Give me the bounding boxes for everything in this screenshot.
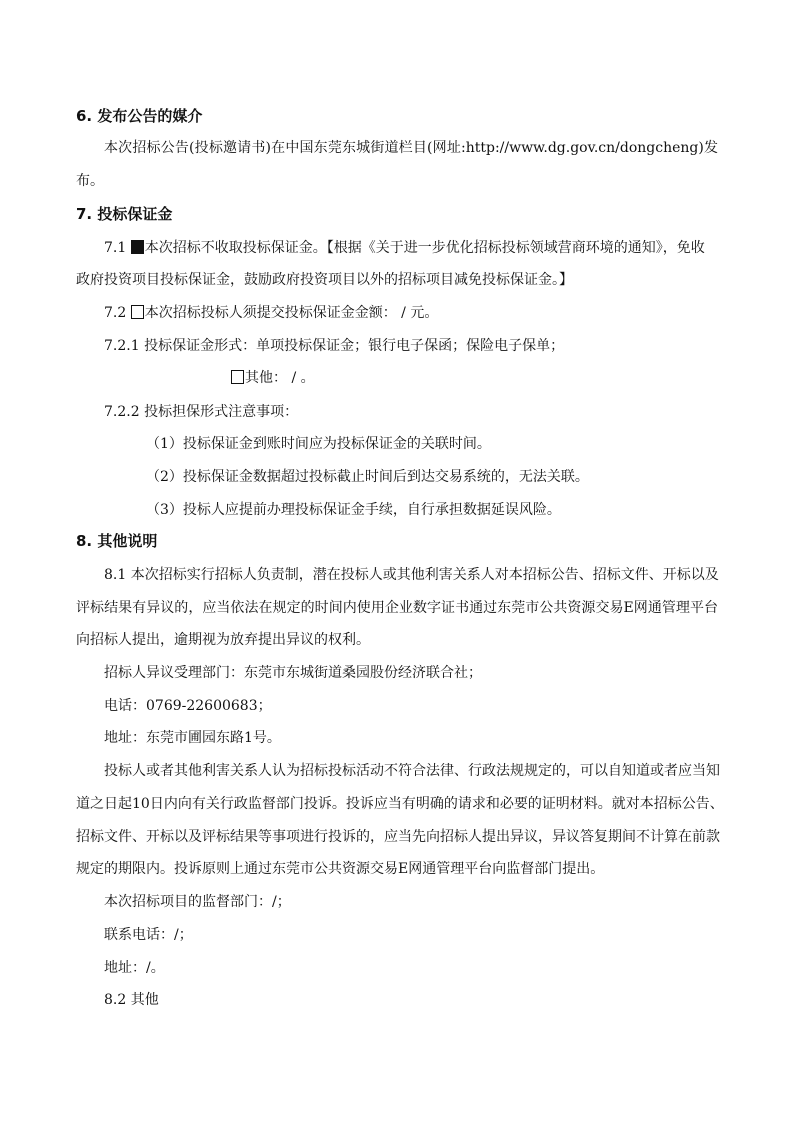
item-8-1-text-2: 评标结果有异议的，应当依法在规定的时间内使用企业数字证书通过东莞市公共资源交易E…: [76, 600, 718, 616]
section-7-heading: 7. 投标保证金: [76, 206, 172, 222]
objection-address: 地址：东莞市圃园东路1号。: [104, 730, 281, 746]
supervisor-address: 地址：/。: [104, 960, 165, 976]
section-6-heading: 6. 发布公告的媒介: [76, 108, 202, 124]
item-8-1-line-3: 向招标人提出，逾期视为放弃提出异议的权利。: [76, 632, 370, 648]
note-3: （3）投标人应提前办理投标保证金手续，自行承担数据延误风险。: [146, 502, 561, 518]
item-7-2-number: 7.2: [104, 305, 126, 321]
other-text: 其他： / 。: [245, 370, 315, 386]
section-6-text-1: 本次招标公告(投标邀请书)在中国东莞东城街道栏目(网址:http://www.d…: [104, 140, 718, 156]
complaint-line-2: 道之日起10日内向有关行政监督部门投诉。投诉应当有明确的请求和必要的证明材料。就…: [76, 796, 718, 812]
section-6-paragraph-line-2: 布。: [76, 173, 104, 189]
section-6-paragraph-line-1: 本次招标公告(投标邀请书)在中国东莞东城街道栏目(网址:http://www.d…: [104, 140, 718, 156]
item-8-1-line-2: 评标结果有异议的，应当依法在规定的时间内使用企业数字证书通过东莞市公共资源交易E…: [76, 600, 718, 616]
item-7-2-2-title: 7.2.2 投标担保形式注意事项：: [104, 404, 298, 420]
supervisor-department: 本次招标项目的监督部门：/；: [104, 894, 291, 910]
item-7-2-checkbox[interactable]: [131, 305, 144, 319]
objection-department: 招标人异议受理部门：东莞市东城街道桑园股份经济联合社；: [104, 665, 482, 681]
complaint-line-3: 招标文件、开标以及评标结果等事项进行投诉的，应当先向招标人提出异议，异议答复期间…: [76, 829, 718, 845]
other-checkbox[interactable]: [231, 370, 244, 384]
complaint-text-2: 道之日起10日内向有关行政监督部门投诉。投诉应当有明确的请求和必要的证明材料。就…: [76, 796, 718, 812]
complaint-text-3: 招标文件、开标以及评标结果等事项进行投诉的，应当先向招标人提出异议，异议答复期间…: [76, 829, 718, 845]
complaint-line-1: 投标人或者其他利害关系人认为招标投标活动不符合法律、行政法规规定的，可以自知道或…: [104, 763, 718, 779]
note-2: （2）投标保证金数据超过投标截止时间后到达交易系统的，无法关联。: [146, 469, 589, 485]
item-7-1-line-2: 政府投资项目投标保证金，鼓励政府投资项目以外的招标项目减免投标保证金。】: [76, 272, 573, 288]
item-7-2-1: 7.2.1 投标保证金形式：单项投标保证金；银行电子保函；保险电子保单；: [104, 338, 564, 354]
item-7-2-text: 本次招标投标人须提交投标保证金金额： / 元。: [145, 305, 439, 321]
complaint-line-4: 规定的期限内。投诉原则上通过东莞市公共资源交易E网通管理平台向监督部门提出。: [76, 861, 604, 877]
item-7-1-number: 7.1: [104, 240, 126, 256]
complaint-text-1: 投标人或者其他利害关系人认为招标投标活动不符合法律、行政法规规定的，可以自知道或…: [104, 763, 718, 779]
section-8-heading: 8. 其他说明: [76, 533, 157, 549]
item-8-2: 8.2 其他: [104, 992, 159, 1008]
item-7-1-line-1: 7.1 本次招标不收取投标保证金。【根据《关于进一步优化招标投标领域营商环境的通…: [104, 240, 705, 256]
item-8-1-text-1: 8.1 本次招标实行招标人负责制，潜在投标人或其他利害关系人对本招标公告、招标文…: [104, 567, 718, 583]
objection-phone: 电话：0769-22600683；: [104, 698, 272, 714]
item-7-1-checkbox[interactable]: [131, 240, 144, 254]
item-7-1-text: 本次招标不收取投标保证金。【根据《关于进一步优化招标投标领域营商环境的通知》，免…: [145, 240, 705, 256]
item-7-2: 7.2 本次招标投标人须提交投标保证金金额： / 元。: [104, 305, 438, 321]
item-7-2-1-other: 其他： / 。: [231, 370, 315, 386]
note-1: （1）投标保证金到账时间应为投标保证金的关联时间。: [146, 436, 491, 452]
supervisor-phone: 联系电话：/；: [104, 927, 193, 943]
document-page: 6. 发布公告的媒介 本次招标公告(投标邀请书)在中国东莞东城街道栏目(网址:h…: [0, 0, 794, 1123]
item-8-1-line-1: 8.1 本次招标实行招标人负责制，潜在投标人或其他利害关系人对本招标公告、招标文…: [104, 567, 718, 583]
